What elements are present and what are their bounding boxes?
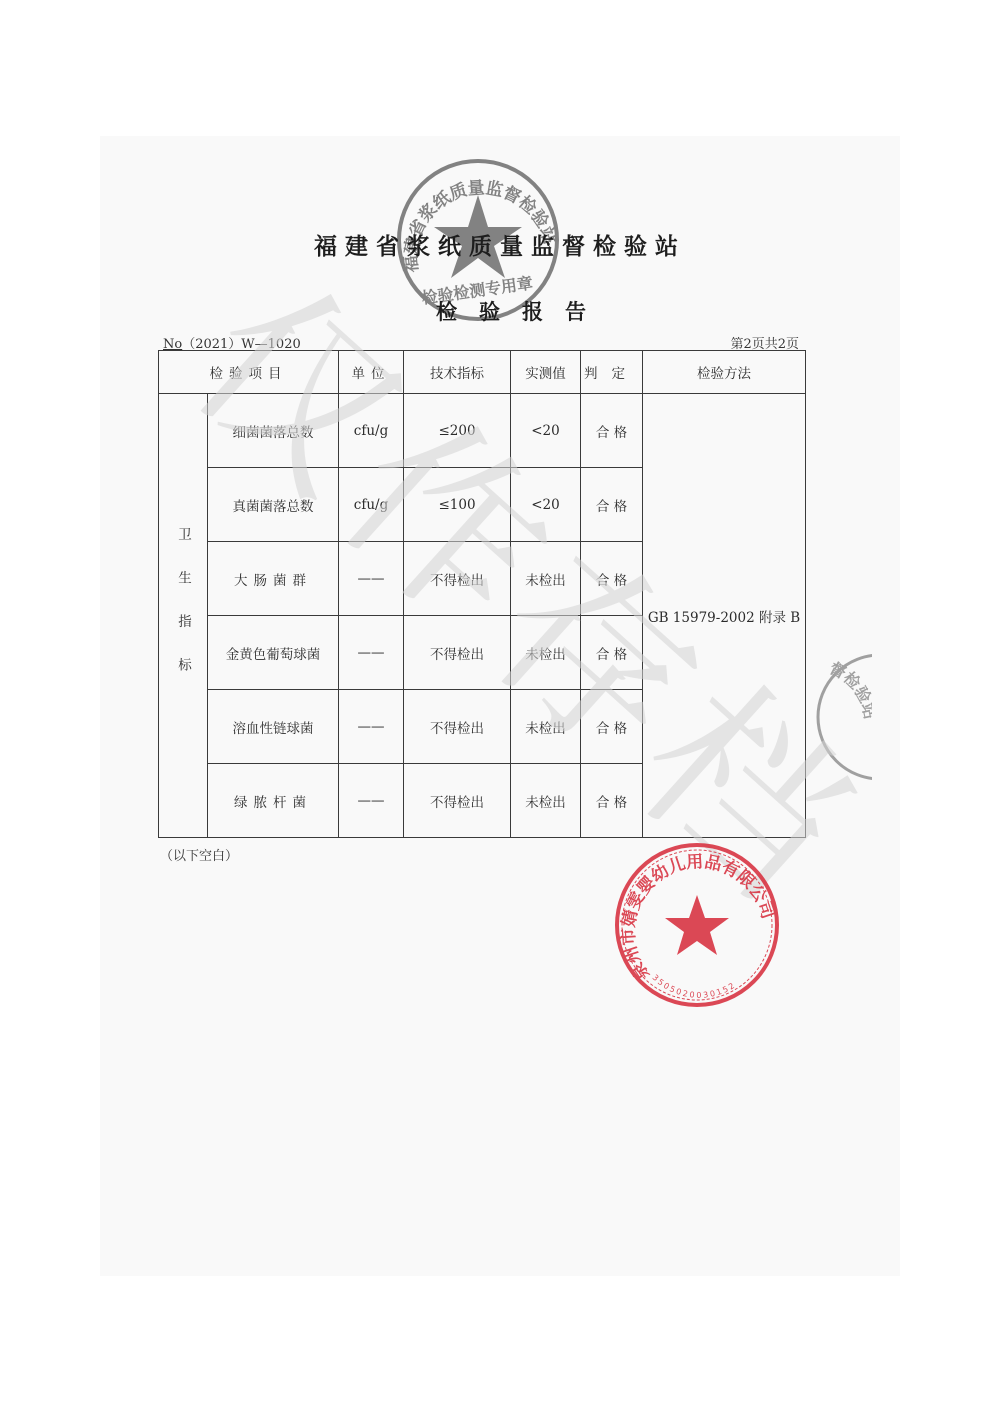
- standard-cell: 不得检出: [404, 616, 511, 690]
- item-cell: 大肠菌群: [208, 542, 339, 616]
- blank-below-note: （以下空白）: [160, 845, 238, 864]
- standard-cell: 不得检出: [404, 764, 511, 838]
- station-title: 福建省浆纸质量监督检验站: [0, 228, 1000, 261]
- item-cell: 金黄色葡萄球菌: [208, 616, 339, 690]
- unit-cell: ——: [339, 690, 404, 764]
- category-cell: 卫生指标: [159, 394, 208, 838]
- header-standard: 技术指标: [404, 351, 511, 394]
- unit-cell: ——: [339, 542, 404, 616]
- inspection-results-table: 检验项目 单位 技术指标 实测值 判定 检验方法 卫生指标 细菌菌落总数 cfu…: [158, 350, 806, 838]
- measured-cell: 未检出: [511, 542, 581, 616]
- header-verdict: 判定: [581, 351, 643, 394]
- verdict-cell: 合 格: [581, 690, 643, 764]
- table-row: 卫生指标 细菌菌落总数 cfu/g ≤200 <20 合 格 GB 15979-…: [159, 394, 806, 468]
- report-subtitle: 检验报告: [0, 296, 1000, 326]
- item-cell: 细菌菌落总数: [208, 394, 339, 468]
- verdict-cell: 合 格: [581, 394, 643, 468]
- unit-cell: cfu/g: [339, 394, 404, 468]
- standard-cell: ≤200: [404, 394, 511, 468]
- table-header-row: 检验项目 单位 技术指标 实测值 判定 检验方法: [159, 351, 806, 394]
- standard-cell: 不得检出: [404, 690, 511, 764]
- measured-cell: <20: [511, 468, 581, 542]
- header-unit: 单位: [339, 351, 404, 394]
- measured-cell: 未检出: [511, 616, 581, 690]
- unit-cell: ——: [339, 616, 404, 690]
- item-cell: 溶血性链球菌: [208, 690, 339, 764]
- category-label: 卫生指标: [173, 527, 193, 701]
- unit-cell: cfu/g: [339, 468, 404, 542]
- header-method: 检验方法: [643, 351, 806, 394]
- verdict-cell: 合 格: [581, 542, 643, 616]
- standard-cell: ≤100: [404, 468, 511, 542]
- verdict-cell: 合 格: [581, 764, 643, 838]
- header-measured: 实测值: [511, 351, 581, 394]
- item-cell: 真菌菌落总数: [208, 468, 339, 542]
- measured-cell: 未检出: [511, 764, 581, 838]
- verdict-cell: 合 格: [581, 616, 643, 690]
- item-cell: 绿脓杆菌: [208, 764, 339, 838]
- measured-cell: <20: [511, 394, 581, 468]
- standard-cell: 不得检出: [404, 542, 511, 616]
- measured-cell: 未检出: [511, 690, 581, 764]
- verdict-cell: 合 格: [581, 468, 643, 542]
- unit-cell: ——: [339, 764, 404, 838]
- method-cell: GB 15979-2002 附录 B: [643, 394, 806, 838]
- header-item: 检验项目: [159, 351, 339, 394]
